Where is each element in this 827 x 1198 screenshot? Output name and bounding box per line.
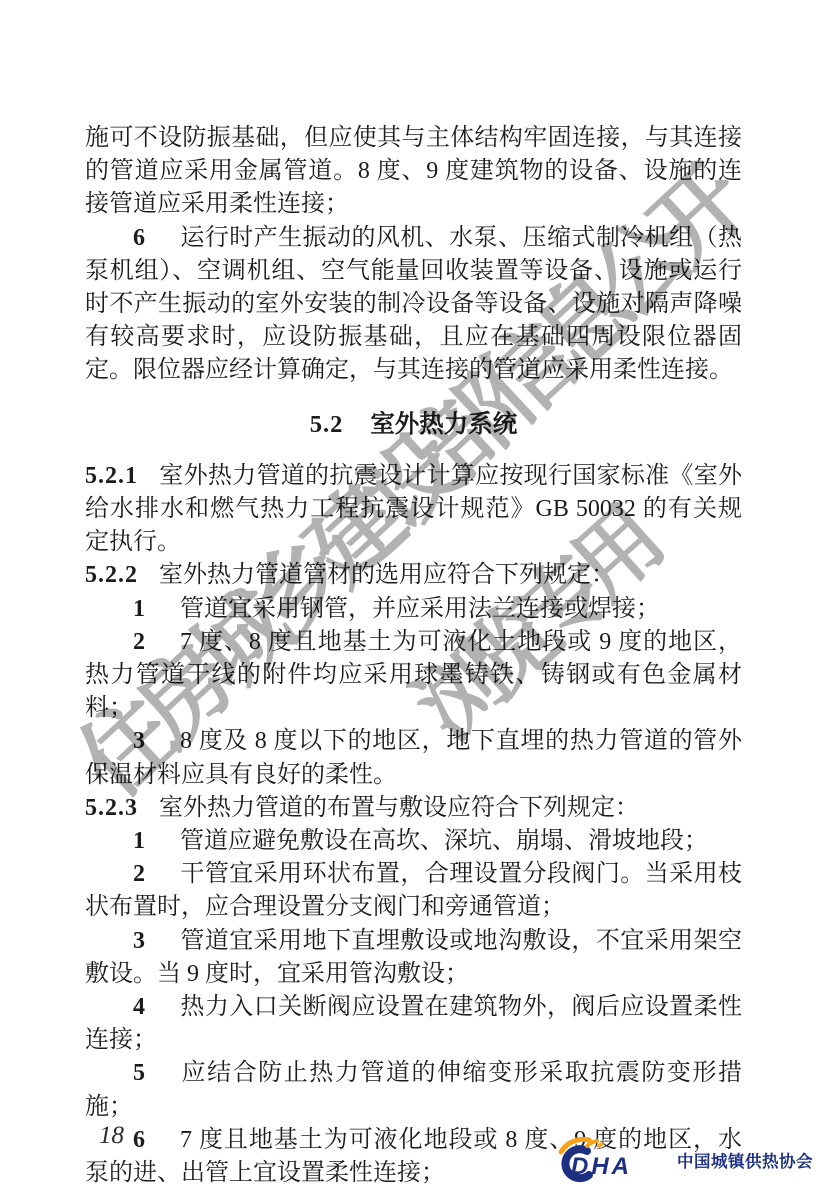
paragraph: 施可不设防振基础，但应使其与主体结构牢固连接，与其连接的管道应采用金属管道。8 … — [85, 122, 742, 222]
logo-mark: DHA — [553, 1134, 671, 1186]
clause-paragraph: 1管道应避免敷设在高坎、深坑、崩塌、滑坡地段； — [85, 825, 742, 858]
clause-number: 3 — [133, 728, 146, 754]
clause-number: 2 — [133, 629, 146, 655]
document-body: 施可不设防振基础，但应使其与主体结构牢固连接，与其连接的管道应采用金属管道。8 … — [85, 122, 742, 1190]
paragraph-text: 室外热力管道管材的选用应符合下列规定： — [159, 562, 615, 588]
clause-number: 5.2.3 — [85, 795, 138, 821]
clause-number: 5.2.2 — [85, 562, 138, 588]
clause-paragraph: 27 度、8 度且地基土为可液化土地段或 9 度的地区，热力管道干线的附件均应采… — [85, 626, 742, 726]
clause-number: 5 — [133, 1060, 146, 1086]
page-number: 18 — [99, 1122, 124, 1150]
clause-number: 3 — [133, 928, 146, 954]
section-title: 室外热力系统 — [370, 411, 517, 438]
clause-number: 5.2.1 — [85, 463, 138, 489]
paragraph-text: 管道应避免敷设在高坎、深坑、崩塌、滑坡地段； — [180, 828, 708, 854]
clause-paragraph: 3管道宜采用地下直埋敷设或地沟敷设，不宜采用架空敷设。当 9 度时，宜采用管沟敷… — [85, 925, 742, 991]
paragraph-text: 热力入口关断阀应设置在建筑物外，阀后应设置柔性连接； — [85, 994, 742, 1053]
clause-paragraph: 5.2.3室外热力管道的布置与敷设应符合下列规定： — [85, 792, 742, 825]
clause-number: 2 — [133, 861, 146, 887]
paragraph-text: 管道宜采用地下直埋敷设或地沟敷设，不宜采用架空敷设。当 9 度时，宜采用管沟敷设… — [85, 928, 742, 987]
paragraph-text: 室外热力管道的抗震设计计算应按现行国家标准《室外给水排水和燃气热力工程抗震设计规… — [85, 463, 742, 555]
org-logo: DHA 中国城镇供热协会 — [553, 1134, 813, 1186]
paragraph-text: 7 度、8 度且地基土为可液化土地段或 9 度的地区，热力管道干线的附件均应采用… — [85, 629, 742, 721]
clause-paragraph: 1管道宜采用钢管，并应采用法兰连接或焊接； — [85, 593, 742, 626]
org-name: 中国城镇供热协会 — [677, 1148, 813, 1172]
paragraph-text: 应结合防止热力管道的伸缩变形采取抗震防变形措施； — [85, 1060, 742, 1119]
section-heading: 5.2室外热力系统 — [85, 408, 742, 441]
paragraph-text: 室外热力管道的布置与敷设应符合下列规定： — [159, 795, 639, 821]
clause-number: 1 — [133, 596, 146, 622]
document-page: 施可不设防振基础，但应使其与主体结构牢固连接，与其连接的管道应采用金属管道。8 … — [0, 0, 827, 1198]
paragraph-text: 干管宜采用环状布置，合理设置分段阀门。当采用枝状布置时，应合理设置分支阀门和旁通… — [85, 861, 742, 920]
paragraph-text: 管道宜采用钢管，并应采用法兰连接或焊接； — [180, 596, 660, 622]
clause-paragraph: 6运行时产生振动的风机、水泵、压缩式制冷机组（热泵机组）、空调机组、空气能量回收… — [85, 222, 742, 388]
clause-number: 6 — [133, 1127, 146, 1153]
clause-paragraph: 2干管宜采用环状布置，合理设置分段阀门。当采用枝状布置时，应合理设置分支阀门和旁… — [85, 858, 742, 924]
clause-paragraph: 5.2.1室外热力管道的抗震设计计算应按现行国家标准《室外给水排水和燃气热力工程… — [85, 460, 742, 560]
clause-paragraph: 5应结合防止热力管道的伸缩变形采取抗震防变形措施； — [85, 1057, 742, 1123]
section-number: 5.2 — [310, 411, 344, 438]
paragraph-text: 运行时产生振动的风机、水泵、压缩式制冷机组（热泵机组）、空调机组、空气能量回收装… — [85, 225, 742, 384]
clause-paragraph: 4热力入口关断阀应设置在建筑物外，阀后应设置柔性连接； — [85, 991, 742, 1057]
clause-number: 4 — [133, 994, 146, 1020]
clause-paragraph: 5.2.2室外热力管道管材的选用应符合下列规定： — [85, 559, 742, 592]
paragraph-text: 8 度及 8 度以下的地区，地下直埋的热力管道的管外保温材料应具有良好的柔性。 — [85, 728, 742, 787]
clause-paragraph: 38 度及 8 度以下的地区，地下直埋的热力管道的管外保温材料应具有良好的柔性。 — [85, 725, 742, 791]
clause-number: 6 — [133, 225, 146, 251]
clause-number: 1 — [133, 828, 146, 854]
paragraph-text: 施可不设防振基础，但应使其与主体结构牢固连接，与其连接的管道应采用金属管道。8 … — [85, 125, 742, 217]
logo-abbr: DHA — [571, 1153, 632, 1181]
